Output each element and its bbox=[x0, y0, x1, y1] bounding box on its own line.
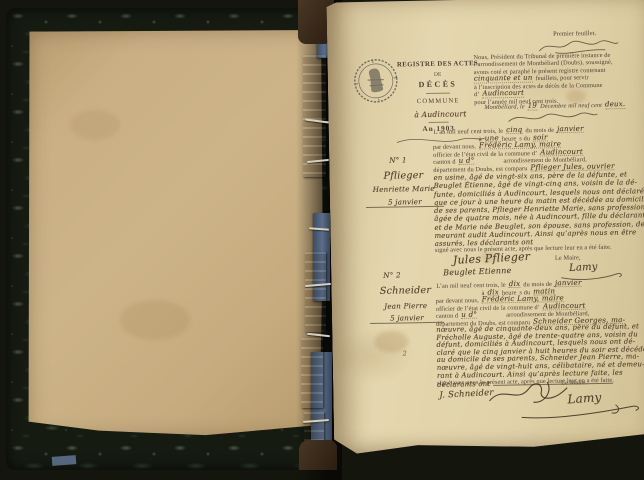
scanned-register-photo: Premier feuillet. REGISTRE DES ACTES DE … bbox=[0, 0, 644, 480]
mayor-label: Le Maire, bbox=[555, 254, 581, 261]
feuillets-count-handwritten: cinquante et un bbox=[474, 75, 533, 84]
commune-name-handwritten: à Audincourt bbox=[390, 109, 490, 120]
handwritten-fill: janvier bbox=[557, 125, 584, 134]
handwritten-fill: janvier bbox=[555, 279, 582, 288]
act-margin-date: 5 janvier bbox=[366, 197, 444, 208]
act-number: N° 2 bbox=[383, 270, 401, 279]
torn-page-stub bbox=[301, 338, 323, 408]
mayor-label: Le Maire. bbox=[561, 379, 587, 386]
witness-signature: Beuglet Etienne bbox=[443, 266, 512, 277]
act-margin-date: 5 janvier bbox=[370, 313, 444, 324]
register-first-leaf-page: Premier feuillet. REGISTRE DES ACTES DE … bbox=[326, 0, 644, 457]
endpaper-blank-left-page bbox=[28, 30, 324, 438]
torn-page-stub bbox=[304, 412, 324, 442]
margin-stray-mark: 2 bbox=[403, 349, 407, 357]
register-title-deces: DÉCÈS bbox=[390, 79, 486, 90]
register-title: REGISTRE DES ACTES bbox=[389, 60, 485, 69]
act-body-handwriting: en usine, âgé de vingt-six ans, père de … bbox=[433, 170, 642, 248]
divider-rule bbox=[426, 93, 450, 94]
leather-spine-cap-bottom bbox=[299, 440, 337, 470]
commune-handwritten: Audincourt bbox=[482, 90, 524, 99]
attestation-line: feuillets, pour servir bbox=[535, 74, 588, 82]
divider-rule bbox=[429, 122, 449, 123]
paper-stain bbox=[70, 110, 120, 140]
paper-stain bbox=[120, 300, 190, 340]
register-title-de: DE bbox=[390, 71, 486, 79]
attestation-line: d’ bbox=[474, 91, 480, 98]
tribunal-attestation: Nous, Président du Tribunal de première … bbox=[473, 51, 640, 106]
commune-label: COMMUNE bbox=[390, 97, 486, 106]
binding-cloth-scrap bbox=[52, 455, 77, 466]
dateline-year-handwritten: deux. bbox=[605, 101, 625, 109]
declarant-signature: Jules Pflieger bbox=[453, 250, 531, 267]
torn-page-stub bbox=[305, 252, 326, 332]
signature-flourish bbox=[519, 402, 644, 420]
act-number: N° 1 bbox=[389, 155, 407, 164]
